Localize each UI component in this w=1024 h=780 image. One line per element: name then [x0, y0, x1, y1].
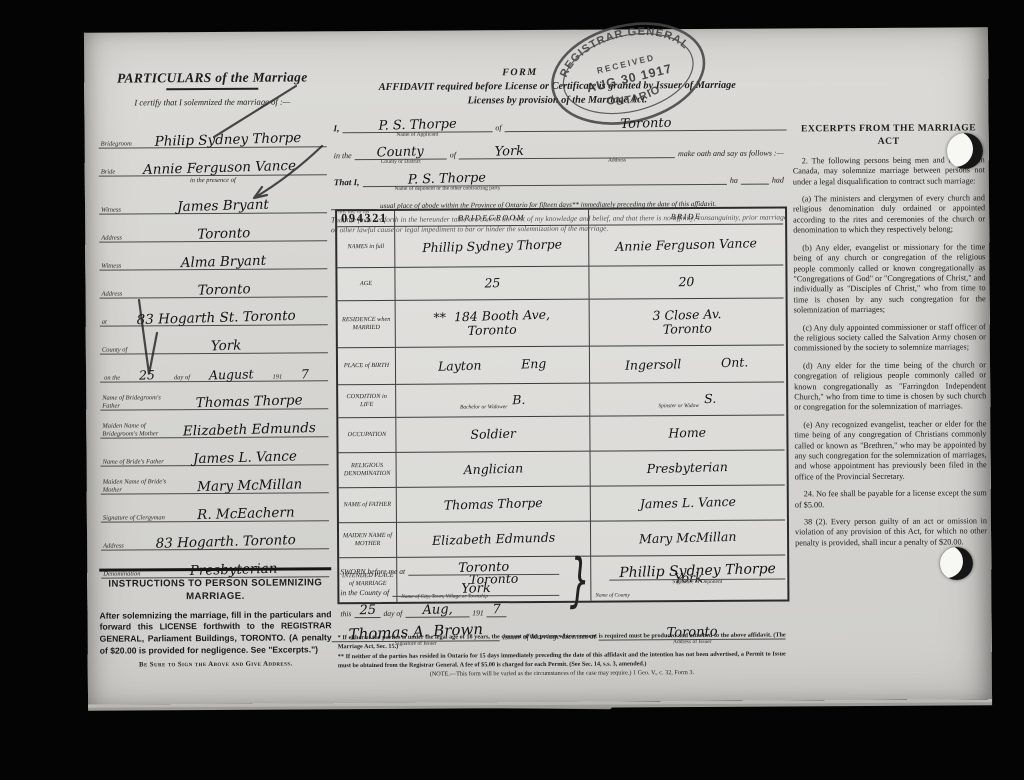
year-field: 7 [487, 603, 507, 617]
excerpt-paragraph-24: 24. No fee shall be payable for a licens… [795, 488, 987, 510]
printed-had: had [769, 175, 787, 184]
groom-residence-handwritten: ** 184 Booth Ave, Toronto [434, 307, 551, 339]
groom-age-handwritten: 25 [484, 276, 500, 291]
printed-label: of [447, 150, 459, 159]
year-printed-label: 191 [272, 373, 282, 381]
sworn-county-label: in the County of [337, 588, 392, 597]
sworn-place-line: SWORN before me at Toronto [337, 554, 559, 576]
affidavit-line-applicant: I, P. S. Thorpe Name of Applicant of Tor… [330, 112, 786, 133]
field-value-handwritten: Mary McMillan [173, 477, 327, 495]
excerpt-paragraph-b: (b) Any elder, evangelist or missionary … [793, 242, 985, 316]
year-printed: 191 [469, 608, 486, 617]
printed-label: That I, [331, 177, 363, 187]
field-label: Maiden Name of Bridegroom's Mother [102, 422, 172, 437]
county-sublabel: County or District [381, 159, 421, 165]
row-label-birthplace: PLACE of BIRTH [338, 348, 396, 385]
year-value-handwritten: 7 [284, 367, 326, 381]
excerpt-paragraph-c: (c) Any duly appointed commissioner or s… [794, 322, 986, 354]
field-label: on the [104, 374, 120, 382]
affidavit-line-county: in the County County or District of York… [331, 139, 787, 160]
field-row-bride-father: Name of Bride's Father James L. Vance [100, 437, 328, 466]
footnotes: * If either of the parties is under the … [338, 630, 786, 679]
field-row-clergyman-signature: Signature of Clergyman R. McEachern [101, 493, 329, 522]
field-label: Address [102, 290, 123, 298]
deponent-signature-sublabel: Signature of Deponent [672, 579, 722, 585]
field-row-date: on the 25 day of August 191 7 [100, 353, 328, 382]
row-label-occupation: OCCUPATION [338, 418, 396, 453]
punch-hole-top [947, 133, 983, 169]
instructions-heading: INSTRUCTIONS TO PERSON SOLEMNIZING MARRI… [99, 577, 331, 604]
groom-names-cell: Phillip Sydney Thorpe [395, 226, 589, 268]
field-row-address-3: Address 83 Hogarth. Toronto [101, 521, 329, 550]
groom-birthplace-handwritten: Layton Eng [438, 357, 547, 374]
month-value-handwritten: August [192, 367, 271, 382]
bride-father-cell: James L. Vance [591, 485, 785, 521]
field-label: Bride [101, 168, 115, 176]
sworn-county-handwritten: York [461, 582, 491, 596]
row-label-residence: RESIDENCE when MARRIED [338, 301, 396, 348]
bride-residence-cell: 3 Close Av. Toronto [590, 298, 784, 346]
field-row-bridegroom: Bridegroom Philip Sydney Thorpe [98, 119, 326, 148]
field-row-address-1: Address Toronto [99, 213, 327, 242]
serial-number: 094321 [337, 211, 395, 227]
bride-occupation-handwritten: Home [668, 425, 706, 440]
field-row-bridegroom-father: Name of Bridegroom's Father Thomas Thorp… [100, 381, 328, 410]
form-number-label: FORM [502, 67, 538, 78]
bride-mother-cell: Mary McMillan [591, 520, 785, 556]
field-label: Address [103, 542, 124, 550]
this-label: this [337, 609, 354, 618]
sworn-section: SWORN before me at Toronto in the County… [337, 552, 785, 618]
bridegroom-column-header: BRIDEGROOM [395, 210, 589, 227]
place-field: Toronto [504, 116, 786, 132]
county-name-field: York [459, 145, 559, 160]
groom-denomination-cell: Anglician [397, 452, 591, 488]
groom-father-handwritten: Thomas Thorpe [444, 496, 543, 513]
row-label-names: NAMES in full [337, 227, 395, 268]
bride-age-cell: 20 [589, 265, 783, 299]
deponent-signature-block: Phillip Sydney Thorpe Signature of Depon… [609, 562, 785, 580]
field-label: Witness [101, 206, 121, 214]
groom-condition-handwritten: B. [512, 393, 526, 408]
title-rule [166, 88, 258, 91]
year-handwritten: 7 [492, 603, 501, 616]
field-label: Signature of Clergyman [103, 514, 165, 522]
deponent-signature-field: Phillip Sydney Thorpe Signature of Depon… [609, 562, 785, 580]
instructions-block: INSTRUCTIONS TO PERSON SOLEMNIZING MARRI… [99, 567, 332, 669]
groom-condition-cell: Bachelor or Widower B. [396, 384, 590, 418]
field-value-handwritten: Thomas Thorpe [172, 393, 326, 411]
sworn-county-field: York [392, 582, 559, 597]
field-row-witness-2: Witness Alma Bryant [99, 241, 327, 270]
brace-glyph: } [569, 550, 590, 610]
bride-father-handwritten: James L. Vance [640, 495, 736, 512]
day-handwritten: 25 [359, 604, 376, 617]
bride-residence-handwritten: 3 Close Av. Toronto [652, 307, 722, 338]
bride-denomination-cell: Presbyterian [591, 450, 785, 486]
bride-mother-handwritten: Mary McMillan [639, 530, 737, 547]
bachelor-widower-sublabel: Bachelor or Widower [460, 404, 507, 410]
county-field: County County or District [355, 146, 447, 161]
sworn-county-line: in the County of York [337, 575, 559, 597]
groom-occupation-cell: Soldier [396, 417, 590, 453]
field-value-handwritten: R. McEachern [165, 505, 327, 523]
field-row-bridegroom-mother: Maiden Name of Bridegroom's Mother Eliza… [100, 409, 328, 438]
field-label: Maiden Name of Bride's Mother [103, 478, 173, 493]
field-row-bride: Bride Annie Ferguson Vance [99, 147, 327, 176]
groom-occupation-handwritten: Soldier [470, 426, 516, 442]
field-label: Name of Bride's Father [103, 458, 164, 466]
row-label-mother: MAIDEN NAME of MOTHER [339, 523, 397, 558]
applicant-name-handwritten: P. S. Thorpe [378, 118, 457, 133]
sworn-place-handwritten: Toronto [458, 561, 509, 575]
field-value-handwritten: James L. Vance [164, 449, 327, 467]
county-handwritten: County [377, 145, 424, 159]
bride-birthplace-handwritten: Ingersoll Ont. [625, 355, 749, 373]
excerpt-paragraph-38: 38 (2). Every person guilty of an act or… [795, 516, 987, 548]
certify-line: I certify that I solemnized the marriage… [98, 96, 326, 107]
field-row-bride-mother: Maiden Name of Bride's Mother Mary McMil… [101, 465, 329, 494]
address-blank-field: Address [559, 157, 675, 159]
groom-denomination-handwritten: Anglician [463, 461, 523, 477]
excerpt-paragraph-e: (e) Any recognized evangelist, teacher o… [794, 419, 986, 483]
month-field: Aug, [405, 603, 469, 617]
bride-occupation-cell: Home [590, 415, 784, 451]
sworn-label: SWORN before me at [337, 567, 408, 576]
applicant-sublabel: Name of Applicant [396, 132, 438, 138]
field-row-county: County of York [100, 325, 328, 354]
excerpt-paragraph-d: (d) Any elder for the time being of the … [794, 360, 986, 413]
field-row-witness-1: Witness James Bryant [99, 185, 327, 214]
spinster-widow-sublabel: Spinster or Widow [658, 403, 699, 409]
bride-column-header: BRIDE [589, 209, 783, 226]
field-label: day of [174, 374, 190, 382]
particulars-fields: Bridegroom Philip Sydney Thorpe Bride An… [98, 119, 329, 578]
printed-label: I, [331, 123, 343, 133]
groom-father-cell: Thomas Thorpe [397, 487, 591, 523]
place-handwritten: Toronto [620, 117, 671, 131]
month-handwritten: Aug, [422, 603, 453, 617]
applicant-field: P. S. Thorpe Name of Applicant [342, 118, 492, 133]
blank-underline [532, 184, 726, 186]
sworn-date-line: this 25 day of Aug, 191 7 [337, 596, 559, 618]
groom-mother-cell: Elizabeth Edmunds [397, 522, 591, 558]
bride-names-cell: Annie Ferguson Vance [589, 224, 783, 266]
scanned-document-canvas: PARTICULARS of the Marriage I certify th… [0, 0, 1024, 780]
field-label: Bridegroom [101, 140, 132, 148]
punch-hole-bottom [940, 547, 973, 580]
address-sublabel: Address [608, 157, 626, 163]
day-field: 25 [354, 604, 380, 618]
groom-age-cell: 25 [395, 267, 589, 301]
bride-condition-cell: Spinster or Widow S. [590, 382, 784, 416]
bridegroom-bride-table: 094321 BRIDEGROOM BRIDE NAMES in full Ph… [335, 206, 789, 604]
deponent-field: P. S. Thorpe Name of deponent or the oth… [362, 172, 532, 187]
blank-underline [741, 184, 769, 185]
row-label-age: AGE [337, 268, 395, 301]
sworn-place-field: Toronto [408, 561, 559, 576]
printed-ha: ha [727, 176, 741, 185]
bride-condition-handwritten: S. [704, 392, 716, 407]
county-name-handwritten: York [494, 145, 524, 159]
groom-name-handwritten: Phillip Sydney Thorpe [422, 237, 562, 255]
particulars-header: PARTICULARS of the Marriage I certify th… [98, 69, 326, 107]
row-label-condition: CONDITION in LIFE [338, 385, 396, 418]
field-row-at: at 83 Hogarth St. Toronto [100, 297, 328, 326]
particulars-title: PARTICULARS of the Marriage [98, 69, 326, 86]
bride-denomination-handwritten: Presbyterian [647, 460, 729, 477]
oath-text: make oath and say as follows :— [675, 148, 787, 158]
marriage-affidavit-page: PARTICULARS of the Marriage I certify th… [84, 27, 992, 705]
affidavit-line-deponent: That I, P. S. Thorpe Name of deponent or… [331, 166, 787, 187]
bride-age-handwritten: 20 [678, 275, 694, 290]
day-of-label: day of [380, 609, 405, 618]
row-label-father: NAME of FATHER [339, 488, 397, 523]
excerpts-column: EXCERPTS FROM THE MARRIAGE ACT 2. The fo… [793, 121, 988, 548]
deponent-name-handwritten: P. S. Thorpe [408, 171, 487, 186]
day-value-handwritten: 25 [122, 368, 172, 382]
groom-birthplace-cell: Layton Eng [396, 347, 590, 385]
groom-residence-cell: ** 184 Booth Ave, Toronto [396, 300, 590, 348]
field-label: Witness [101, 262, 121, 270]
printed-label: of [492, 123, 504, 132]
field-label: Name of Bridegroom's Father [102, 394, 172, 409]
printed-label: in the [331, 151, 355, 160]
field-value-handwritten: Elizabeth Edmunds [172, 421, 326, 439]
field-label: Address [101, 234, 122, 242]
bride-birthplace-cell: Ingersoll Ont. [590, 345, 784, 383]
row-label-denomination: RELIGIOUS DENOMINATION [339, 453, 397, 488]
instructions-body: After solemnizing the marriage, fill in … [99, 609, 331, 657]
field-label: County of [102, 346, 128, 354]
instructions-footer: Be Sure to Sign the Above and Give Addre… [100, 661, 332, 669]
excerpt-paragraph-a: (a) The ministers and clergymen of every… [793, 193, 985, 236]
field-row-address-2: Address Toronto [99, 269, 327, 298]
groom-mother-handwritten: Elizabeth Edmunds [432, 530, 555, 548]
deponent-sublabel: Name of deponent or the other contractin… [394, 185, 500, 192]
bride-name-handwritten: Annie Ferguson Vance [615, 236, 757, 254]
